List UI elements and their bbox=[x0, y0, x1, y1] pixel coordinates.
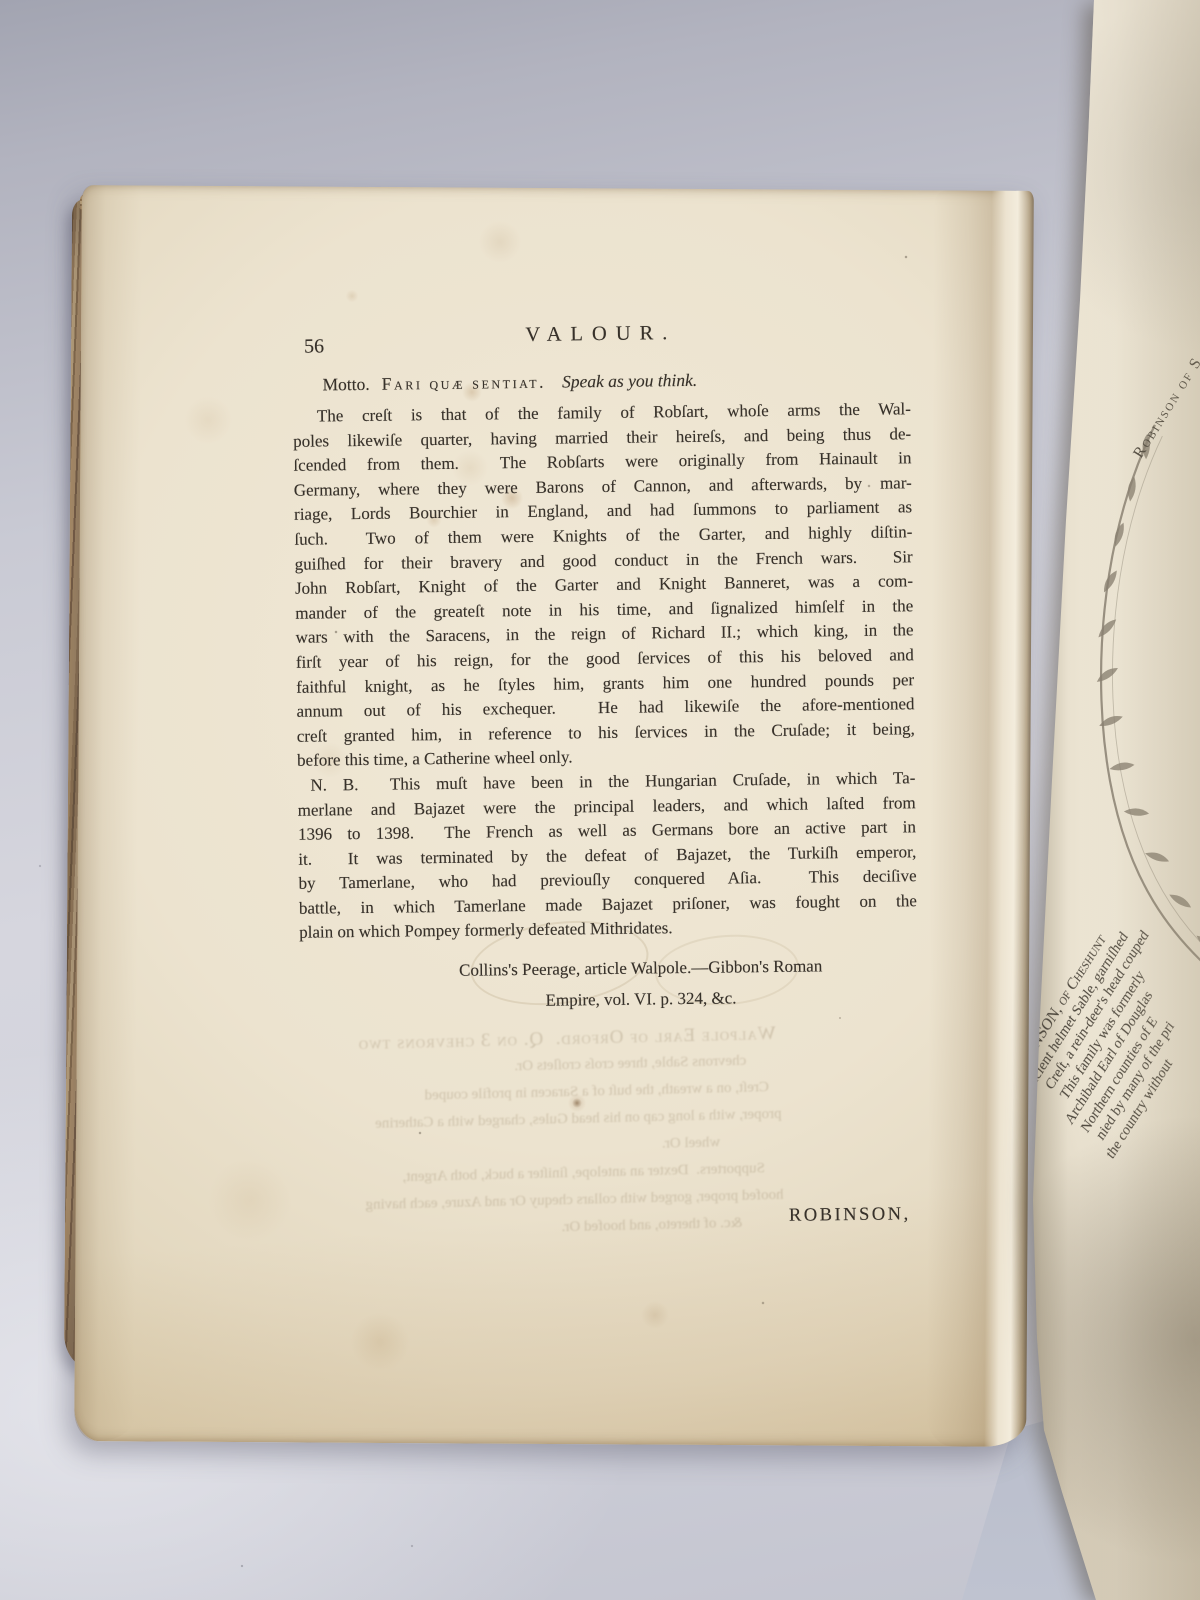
photo-of-open-antique-book: { "left_page": { "page_number": "56", "r… bbox=[0, 0, 1200, 1600]
page-left-crease-shading bbox=[74, 185, 142, 1441]
paragraph-crest-history: The creſt is that of the family of Robſa… bbox=[293, 397, 915, 773]
page-header-row: 56 VALOUR. bbox=[292, 318, 910, 356]
motto-latin-text: Fari quæ sentiat. bbox=[382, 372, 547, 394]
page-right-curl-shading bbox=[926, 190, 1034, 1447]
printed-text-block: 56 VALOUR. Motto.Fari quæ sentiat.Speak … bbox=[292, 318, 918, 1019]
text-line: ROBINSON, of Cheſhunt bbox=[1008, 597, 1200, 1083]
right-page-text: ROBINSON, of Cheſhuntancient helmet Sabl… bbox=[1008, 597, 1200, 1163]
text-line: nied by many of the pri bbox=[1093, 665, 1200, 1144]
motto-label: Motto. bbox=[322, 374, 369, 395]
paragraph-nota-bene: N. B. This muſt have been in the Hungari… bbox=[297, 766, 917, 946]
source-citation: Collins's Peerage, article Walpole.—Gibb… bbox=[299, 949, 918, 1019]
right-page-running-header: Robinson of S bbox=[1130, 354, 1200, 462]
text-line: Northern counties of E bbox=[1078, 654, 1200, 1137]
motto-line: Motto.Fari quæ sentiat.Speak as you thin… bbox=[322, 365, 910, 398]
motto-translation: Speak as you think. bbox=[562, 370, 697, 392]
laurel-wreath-engraving bbox=[1037, 411, 1200, 1015]
text-line: the country without bbox=[1103, 677, 1200, 1163]
text-line: This family was formerly bbox=[1057, 631, 1200, 1104]
text-line: ancient helmet Sable, garniſhed bbox=[1022, 608, 1200, 1094]
text-line: Archibald Earl of Douglas bbox=[1062, 643, 1200, 1129]
background-scratch bbox=[1109, 522, 1200, 600]
text-line: Creſt, a rein-deer's head couped bbox=[1042, 620, 1200, 1094]
